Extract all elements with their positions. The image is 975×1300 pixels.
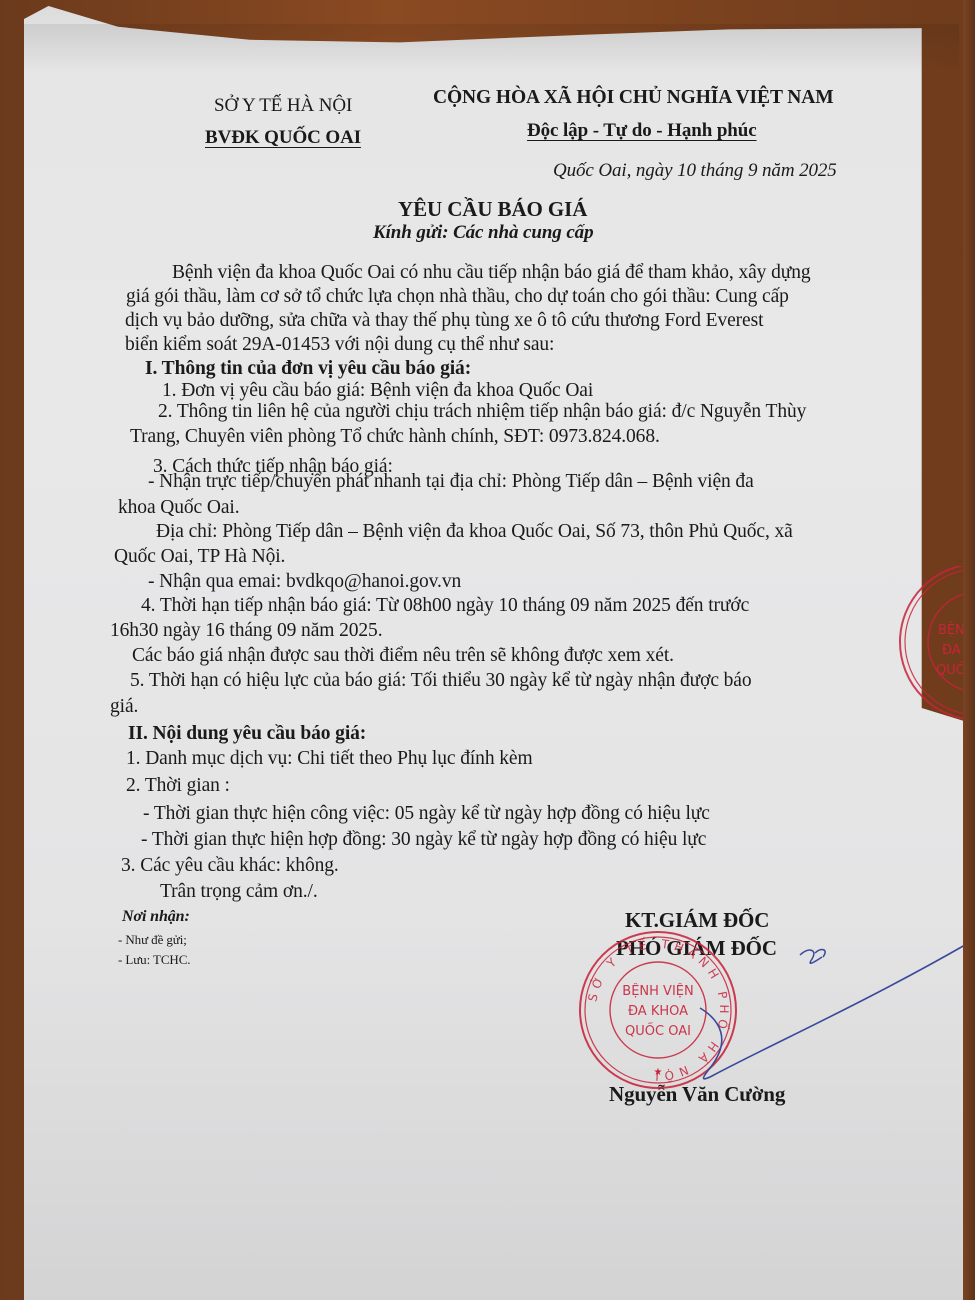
section-1-line: khoa Quốc Oai.	[118, 497, 240, 519]
document-title: YÊU CẦU BÁO GIÁ	[398, 197, 587, 222]
section-2-line: - Thời gian thực hiện công việc: 05 ngày…	[143, 803, 710, 825]
section-1-line: 4. Thời hạn tiếp nhận báo giá: Từ 08h00 …	[141, 595, 749, 617]
handwritten-signature-icon	[610, 935, 975, 1115]
section-1-line: giá.	[110, 696, 138, 718]
recipients-label: Nơi nhận:	[122, 908, 190, 926]
intro-line: biển kiểm soát 29A-01453 với nội dung cụ…	[125, 334, 554, 356]
partial-stamp-icon: BỆNH V ĐA KH QUỐC ★	[878, 566, 975, 721]
section-2-line: 1. Danh mục dịch vụ: Chi tiết theo Phụ l…	[126, 748, 533, 770]
section-1-heading: I. Thông tin của đơn vị yêu cầu báo giá:	[145, 358, 471, 380]
section-2-line: 3. Các yêu cầu khác: không.	[121, 855, 339, 877]
section-1-line: Trang, Chuyên viên phòng Tổ chức hành ch…	[130, 426, 660, 448]
intro-line: Bệnh viện đa khoa Quốc Oai có nhu cầu ti…	[172, 262, 811, 284]
section-2-line: 2. Thời gian :	[126, 775, 230, 797]
email-line: - Nhận qua emai: bvdkqo@hanoi.gov.vn	[148, 571, 461, 593]
place-date: Quốc Oai, ngày 10 tháng 9 năm 2025	[553, 160, 837, 182]
closing-line: Trân trọng cảm ơn./.	[160, 881, 318, 903]
agency-name: SỞ Y TẾ HÀ NỘI	[214, 95, 352, 117]
section-1-line: Địa chỉ: Phòng Tiếp dân – Bệnh viện đa k…	[156, 521, 793, 543]
recipient-item: - Lưu: TCHC.	[118, 952, 190, 968]
section-1-line: Quốc Oai, TP Hà Nội.	[114, 546, 285, 568]
section-1-line: 2. Thông tin liên hệ của người chịu trác…	[158, 401, 806, 423]
desk-edge	[963, 0, 975, 1300]
section-1-line: 1. Đơn vị yêu cầu báo giá: Bệnh viện đa …	[162, 380, 593, 402]
section-1-line: Các báo giá nhận được sau thời điểm nêu …	[132, 645, 674, 667]
section-1-line: 5. Thời hạn có hiệu lực của báo giá: Tối…	[130, 670, 752, 692]
section-1-line: - Nhận trực tiếp/chuyển phát nhanh tại đ…	[148, 471, 754, 493]
intro-line: dịch vụ bảo dưỡng, sửa chữa và thay thế …	[125, 310, 763, 332]
hospital-name: BVĐK QUỐC OAI	[205, 127, 361, 149]
section-1-line: 16h30 ngày 16 tháng 09 năm 2025.	[110, 620, 382, 642]
national-motto: Độc lập - Tự do - Hạnh phúc	[527, 120, 757, 142]
addressee: Kính gửi: Các nhà cung cấp	[373, 222, 593, 244]
national-title: CỘNG HÒA XÃ HỘI CHỦ NGHĨA VIỆT NAM	[433, 87, 834, 109]
recipient-item: - Như đề gửi;	[118, 932, 187, 948]
section-2-heading: II. Nội dung yêu cầu báo giá:	[128, 723, 366, 745]
intro-line: giá gói thầu, làm cơ sở tổ chức lựa chọn…	[126, 286, 789, 308]
section-2-line: - Thời gian thực hiện hợp đồng: 30 ngày …	[141, 829, 706, 851]
